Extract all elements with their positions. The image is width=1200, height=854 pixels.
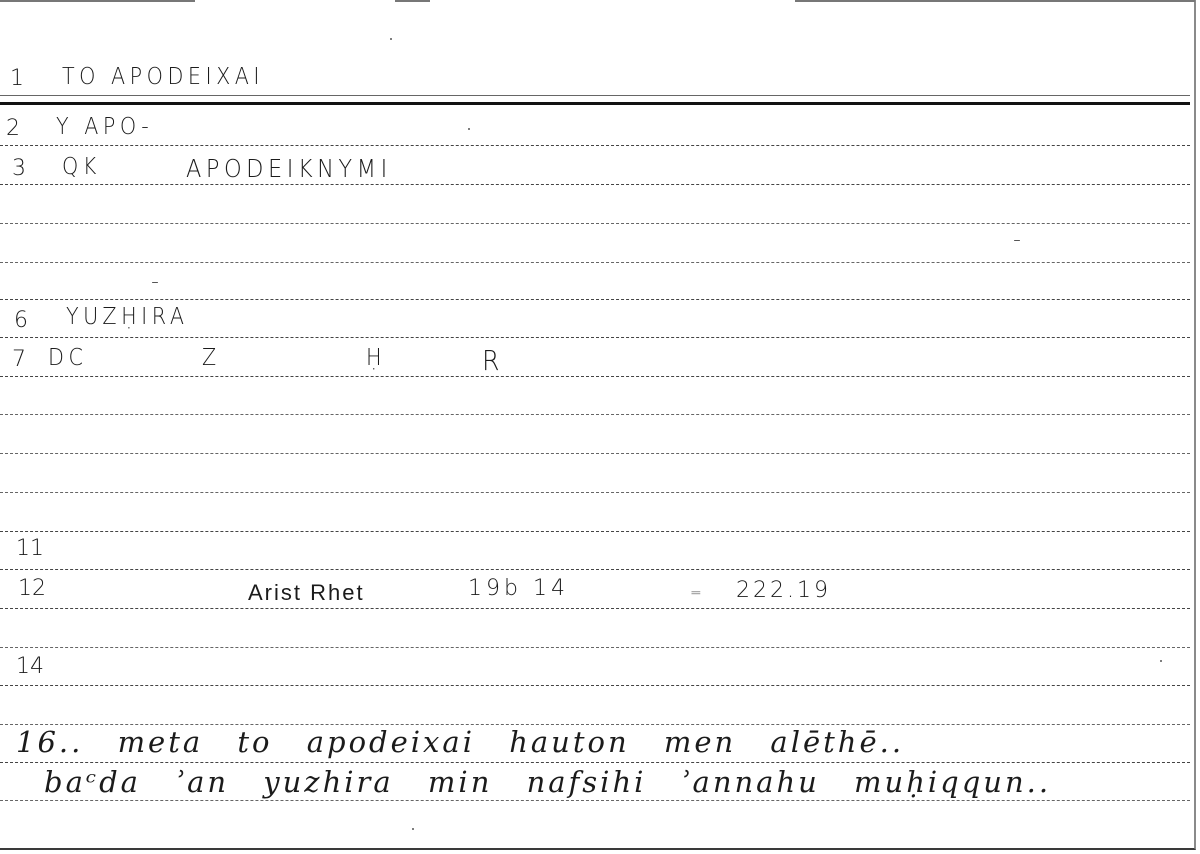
ruled-line	[0, 337, 1190, 338]
ruled-line	[0, 453, 1190, 454]
line-number: 3	[12, 158, 26, 180]
scan-speck	[468, 128, 470, 130]
greek-page-reference: 19b 14	[468, 578, 569, 600]
greek-quotation: 16.. meta to apodeixai hauton men alēthē…	[16, 728, 904, 757]
equals-sign: =	[690, 586, 702, 600]
arabic-quotation: baᶜda ʾan yuzhira min nafsihi ʾannahu mu…	[44, 768, 1051, 797]
word: ʾannahu	[681, 765, 820, 799]
line-number: 1	[10, 68, 24, 90]
line-label: QK	[62, 156, 101, 179]
ruled-line	[0, 223, 1190, 224]
word: nafsihi	[527, 765, 647, 799]
card-top-edge	[795, 0, 1195, 2]
ruled-line	[0, 800, 1190, 801]
line-number: 14	[16, 656, 44, 678]
line-number: 2	[6, 118, 20, 140]
word: ʾan	[175, 765, 229, 799]
arabic-word: YUZḤIRA	[66, 306, 188, 329]
word: meta	[118, 725, 204, 759]
ruled-line	[0, 531, 1190, 532]
root-letter: Z	[202, 347, 221, 370]
line-label: DC	[48, 347, 87, 370]
ruled-line	[0, 569, 1190, 570]
ruled-line	[0, 492, 1190, 493]
line-number: 11	[16, 538, 44, 560]
card-top-edge	[395, 0, 430, 2]
word: hauton	[509, 725, 629, 759]
ruled-line	[0, 262, 1190, 263]
word: to	[237, 725, 272, 759]
greek-lemma: APODEIKNYMI	[186, 156, 392, 181]
scan-speck	[1014, 240, 1020, 241]
word: baᶜda	[44, 765, 141, 799]
scan-speck	[412, 828, 414, 830]
ruled-line	[0, 647, 1190, 648]
lemma-arabic-root-entry: Y APO-	[56, 116, 153, 139]
ruled-line	[0, 299, 1190, 300]
ruled-line	[0, 762, 1190, 763]
ruled-line	[0, 145, 1190, 146]
index-card: 1 TO APODEIXAI 2 Y APO- 3 QK APODEIKNYMI…	[0, 0, 1196, 850]
ruled-line	[0, 95, 1190, 96]
line-number: 6	[14, 310, 28, 332]
word: muḥiqqun..	[854, 765, 1051, 799]
ruled-line	[0, 685, 1190, 686]
card-top-edge	[0, 0, 195, 2]
line-number: 12	[18, 578, 46, 600]
line-number: 16..	[16, 725, 83, 759]
arabic-page-reference: 222.19	[736, 580, 831, 602]
ruled-line	[0, 184, 1190, 185]
scan-speck	[390, 38, 392, 40]
root-letter: Ḥ	[366, 347, 386, 370]
word: min	[428, 765, 492, 799]
ruled-line	[0, 414, 1190, 415]
scan-speck	[152, 282, 158, 283]
word: men	[664, 725, 736, 759]
lemma-greek-heading: TO APODEIXAI	[62, 66, 264, 89]
word: apodeixai	[307, 725, 475, 759]
line-number: 7	[12, 349, 26, 371]
ruled-line	[0, 376, 1190, 377]
root-letter: R	[482, 347, 504, 375]
ruled-line	[0, 608, 1190, 609]
ruled-line-heavy	[0, 102, 1190, 105]
word: alēthē..	[770, 725, 904, 759]
scan-speck	[1160, 660, 1162, 662]
word: yuzhira	[263, 765, 393, 799]
source-reference: Arist Rhet	[248, 582, 365, 604]
